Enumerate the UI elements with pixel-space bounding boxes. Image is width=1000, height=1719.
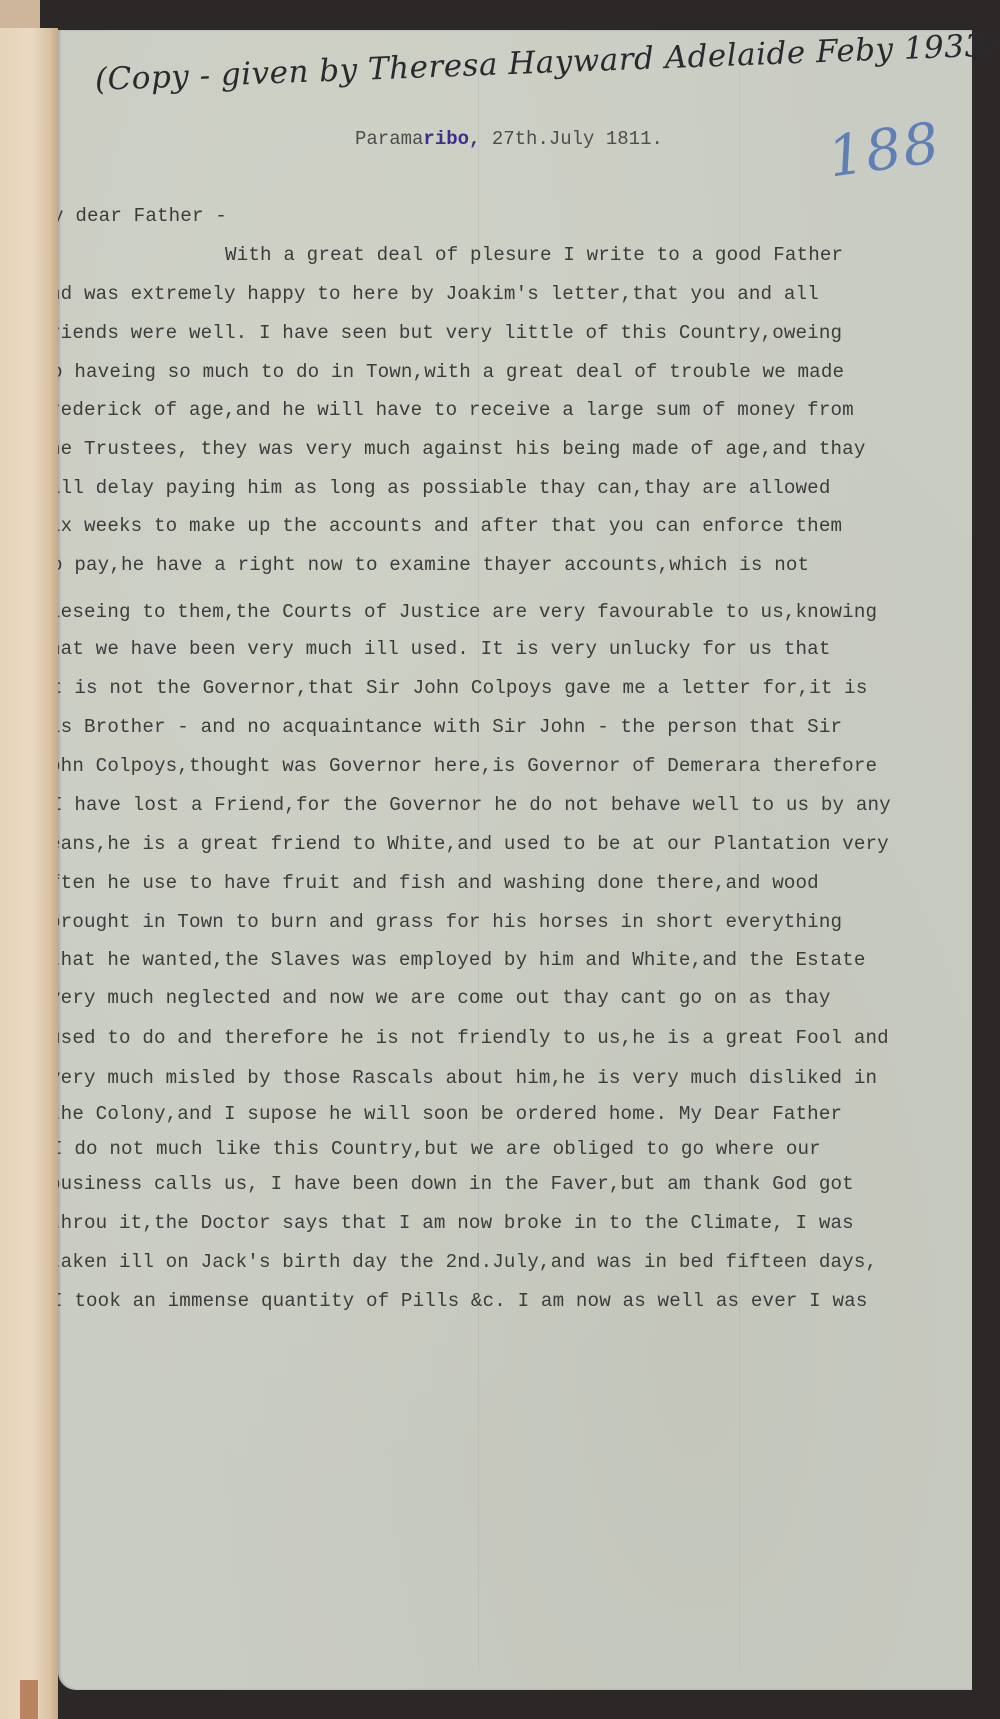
letter-line: hat we have been very much ill used. It …: [58, 638, 831, 660]
letter-line: riends were well. I have seen but very l…: [58, 322, 842, 344]
letter-line: taken ill on Jack's birth day the 2nd.Ju…: [58, 1251, 877, 1273]
letter-line: is Brother - and no acquaintance with Si…: [58, 716, 842, 738]
letter-line: very much neglected and now we are come …: [58, 987, 831, 1009]
letter-line: that he wanted,the Slaves was employed b…: [58, 949, 866, 971]
book-binding: [0, 28, 58, 1719]
letter-line: the Colony,and I supose he will soon be …: [58, 1103, 842, 1125]
binding-edge: [20, 1680, 38, 1719]
letter-body: y dear Father - With a great deal of ple…: [58, 30, 972, 1690]
letter-line: business calls us, I have been down in t…: [58, 1173, 854, 1195]
letter-line: eans,he is a great friend to White,and u…: [58, 833, 889, 855]
binding-top: [0, 0, 40, 30]
letter-line: very much misled by those Rascals about …: [58, 1067, 877, 1089]
letter-line: ohn Colpoys,thought was Governor here,is…: [58, 755, 877, 777]
letter-line: throu it,the Doctor says that I am now b…: [58, 1212, 854, 1234]
letter-line: t is not the Governor,that Sir John Colp…: [58, 677, 868, 699]
letter-line: ill delay paying him as long as possiabl…: [58, 477, 831, 499]
letter-line: ix weeks to make up the accounts and aft…: [58, 515, 842, 537]
letter-line: leseing to them,the Courts of Justice ar…: [58, 601, 877, 623]
letter-line: I took an immense quantity of Pills &c. …: [58, 1290, 868, 1312]
letter-line: used to do and therefore he is not frien…: [58, 1027, 889, 1049]
letter-line: o haveing so much to do in Town,with a g…: [58, 361, 844, 383]
letter-line: With a great deal of plesure I write to …: [225, 244, 843, 266]
salutation: y dear Father -: [58, 205, 227, 227]
letter-line: o pay,he have a right now to examine tha…: [58, 554, 809, 576]
letter-line: I do not much like this Country,but we a…: [58, 1138, 821, 1160]
letter-line: brought in Town to burn and grass for hi…: [58, 911, 842, 933]
letter-line: he Trustees, they was very much against …: [58, 438, 866, 460]
letter-line: ften he use to have fruit and fish and w…: [58, 872, 819, 894]
letter-line: rederick of age,and he will have to rece…: [58, 399, 854, 421]
letter-line: nd was extremely happy to here by Joakim…: [58, 283, 819, 305]
letter-line: I have lost a Friend,for the Governor he…: [58, 794, 891, 816]
